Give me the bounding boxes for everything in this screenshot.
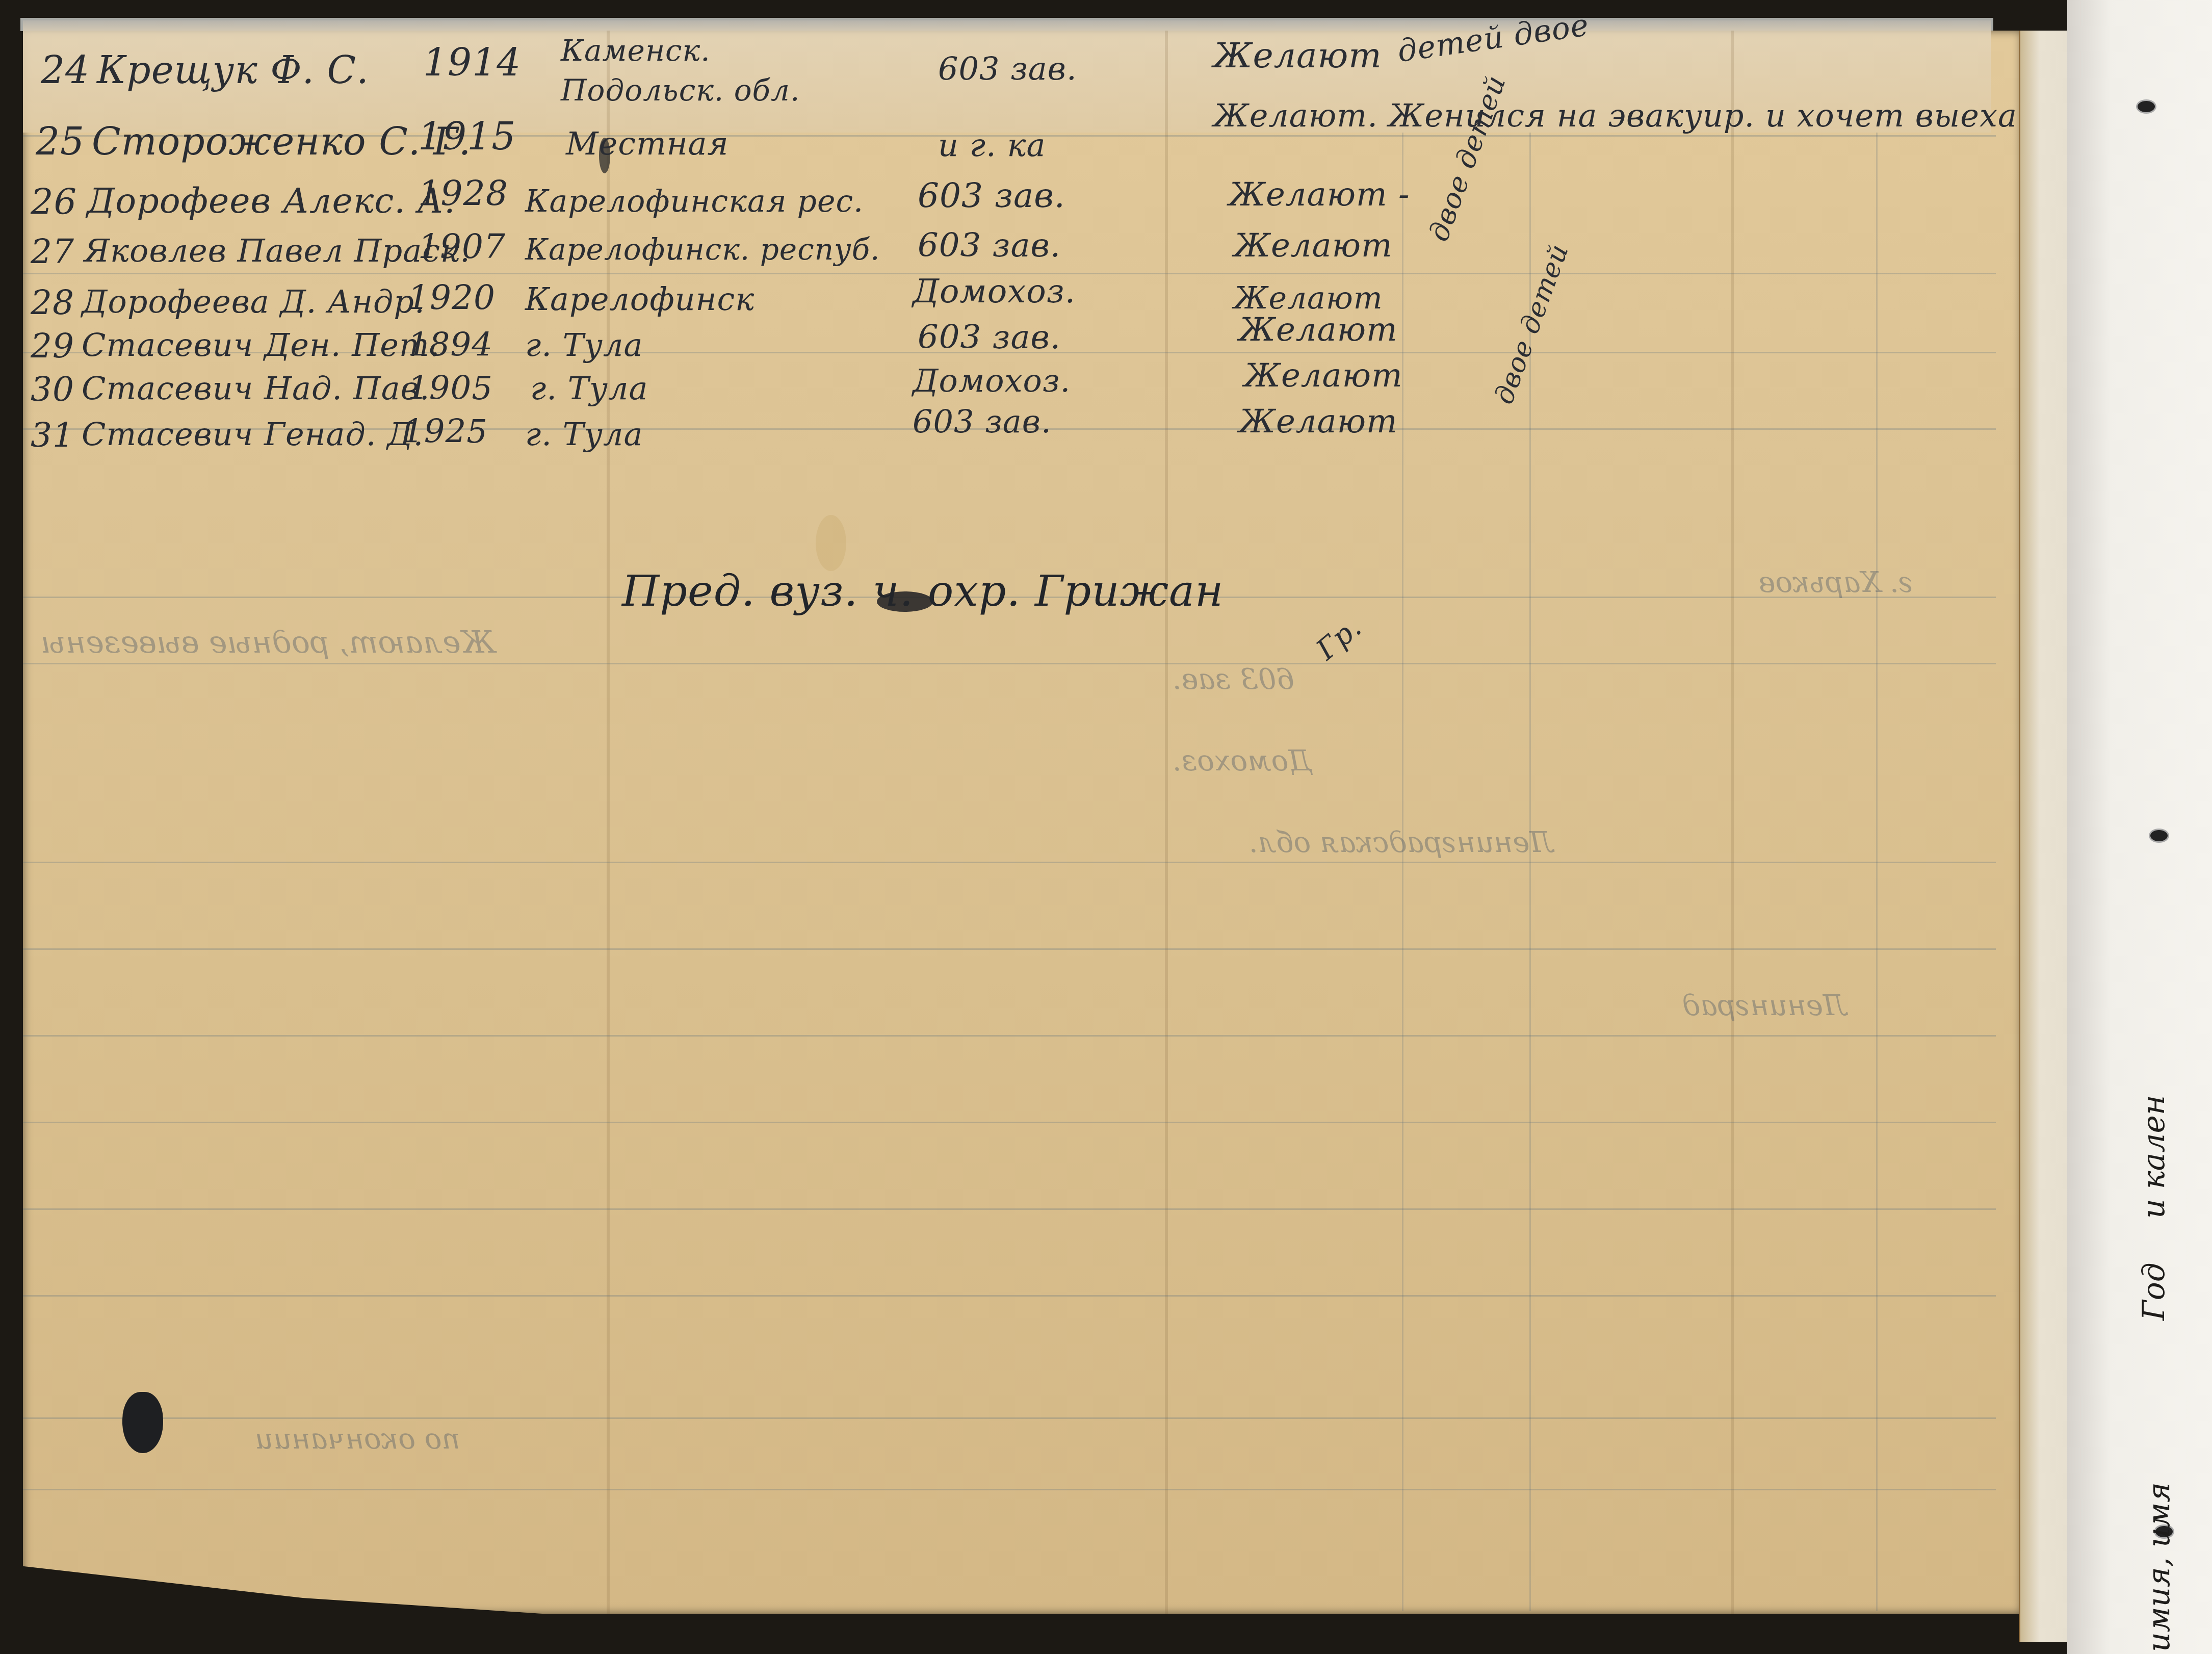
bleed-through-text: Ленинград: [1682, 989, 1847, 1022]
water-stain: [816, 515, 846, 571]
name-cell: Крещук Ф. С.: [97, 48, 369, 92]
ruled-line: [23, 1122, 1996, 1123]
adjacent-ledger-page: [2067, 0, 2212, 1654]
name-cell: Стороженко С. Г.: [92, 120, 471, 164]
ledger-text: Год: [2136, 1262, 2172, 1321]
workplace-cell: 603 зав.: [918, 227, 1061, 265]
bleed-through-text: по окончании: [255, 1423, 460, 1456]
binder-ring: [2149, 829, 2169, 843]
name-cell: Стасевич Ден. Пет.: [82, 326, 440, 364]
year-cell: 1925: [403, 413, 488, 451]
name-cell: Яковлев Павел Праск.: [84, 232, 471, 269]
year-cell: 1894: [408, 326, 493, 364]
year-cell: 1914: [423, 41, 521, 85]
binder-ring: [2136, 99, 2156, 114]
origin-cell: Карелофинск. респуб.: [525, 232, 880, 267]
origin-cell: г. Тула: [530, 370, 648, 407]
year-cell: 1905: [408, 370, 493, 407]
binding-strip: [2019, 31, 2069, 1642]
name-cell: Дорофеев Алекс. А.: [87, 181, 456, 221]
signature-line: Пред. вуз. ч. охр. Грижан: [622, 566, 1224, 616]
ruled-line: [23, 1295, 1996, 1297]
bleed-through-text: Ленинградская обл.: [1249, 826, 1553, 859]
ruled-line: [23, 1208, 1996, 1210]
fold-line: [607, 31, 610, 1614]
workplace-cell: Домохоз.: [913, 273, 1076, 311]
row-number: 25: [36, 120, 85, 164]
ledger-text: и кален: [2136, 1095, 2172, 1219]
bleed-through-text: Домохоз.: [1173, 744, 1312, 778]
year-cell: 1928: [418, 173, 508, 214]
column-line: [1402, 133, 1403, 1611]
origin-cell: г. Тула: [525, 416, 643, 453]
status-cell: Желают: [1213, 36, 1382, 76]
workplace-cell: Домохоз.: [913, 362, 1071, 399]
status-cell: Желают: [1239, 311, 1398, 349]
year-cell: 1920: [408, 278, 496, 317]
bleed-through-text: 603 зав.: [1173, 663, 1294, 696]
name-cell: Стасевич Над. Пав.: [82, 370, 430, 407]
ruled-line: [23, 663, 1996, 664]
workplace-cell: 603 зав.: [913, 403, 1052, 440]
ruled-line: [23, 948, 1996, 950]
workplace-cell: 603 зав.: [918, 176, 1065, 215]
ruled-line: [23, 1417, 1996, 1419]
status-cell: Желают. Женился на эвакуир. и хочет выех…: [1213, 97, 2065, 134]
year-cell: 1907: [418, 227, 506, 266]
origin-cell: Каменск. Подольск. обл.: [561, 31, 846, 110]
ink-blot: [122, 1392, 163, 1453]
status-cell: Желают: [1244, 357, 1403, 395]
origin-cell: Карелофинская рес.: [525, 184, 864, 219]
origin-cell: Местная: [566, 125, 729, 162]
ruled-line: [23, 862, 1996, 863]
ruled-line: [23, 1489, 1996, 1490]
row-number: 24: [41, 48, 90, 92]
row-number: 28: [31, 283, 74, 322]
fold-line: [1731, 31, 1734, 1614]
bleed-through-text: Желают, родные вывезены: [41, 625, 495, 660]
bleed-through-text: г. Харьков: [1759, 566, 1913, 599]
origin-cell: Карелофинск: [525, 280, 754, 318]
row-number: 26: [31, 181, 77, 223]
ruled-line: [23, 1035, 1996, 1037]
name-cell: Дорофеева Д. Андр.: [82, 283, 425, 320]
status-cell: Желают: [1234, 227, 1393, 265]
ledger-text: имия, имя: [2141, 1482, 2177, 1652]
row-number: 29: [31, 326, 74, 366]
row-number: 27: [31, 232, 74, 271]
fold-line: [1165, 31, 1168, 1614]
status-cell: Желают: [1239, 403, 1398, 441]
year-cell: 1915: [418, 115, 516, 159]
origin-cell: г. Тула: [525, 326, 643, 364]
status-cell: Желают -: [1229, 176, 1410, 214]
workplace-cell: 603 зав. и г. ка: [938, 31, 1106, 184]
name-cell: Стасевич Генад. Д.: [82, 416, 424, 453]
workplace-cell: 603 зав.: [918, 319, 1061, 356]
column-line: [1876, 133, 1878, 1611]
row-number: 31: [31, 416, 74, 455]
row-number: 30: [31, 370, 74, 409]
